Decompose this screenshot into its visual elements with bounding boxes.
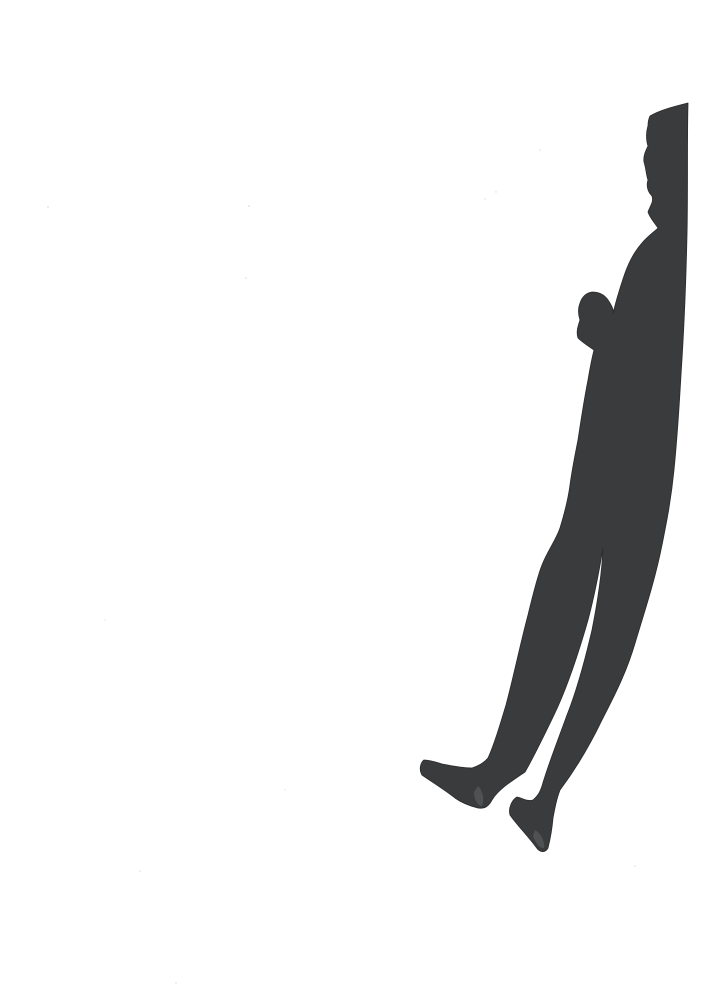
figure-silhouette-drawing	[0, 0, 702, 1000]
artwork-canvas	[0, 0, 702, 1000]
